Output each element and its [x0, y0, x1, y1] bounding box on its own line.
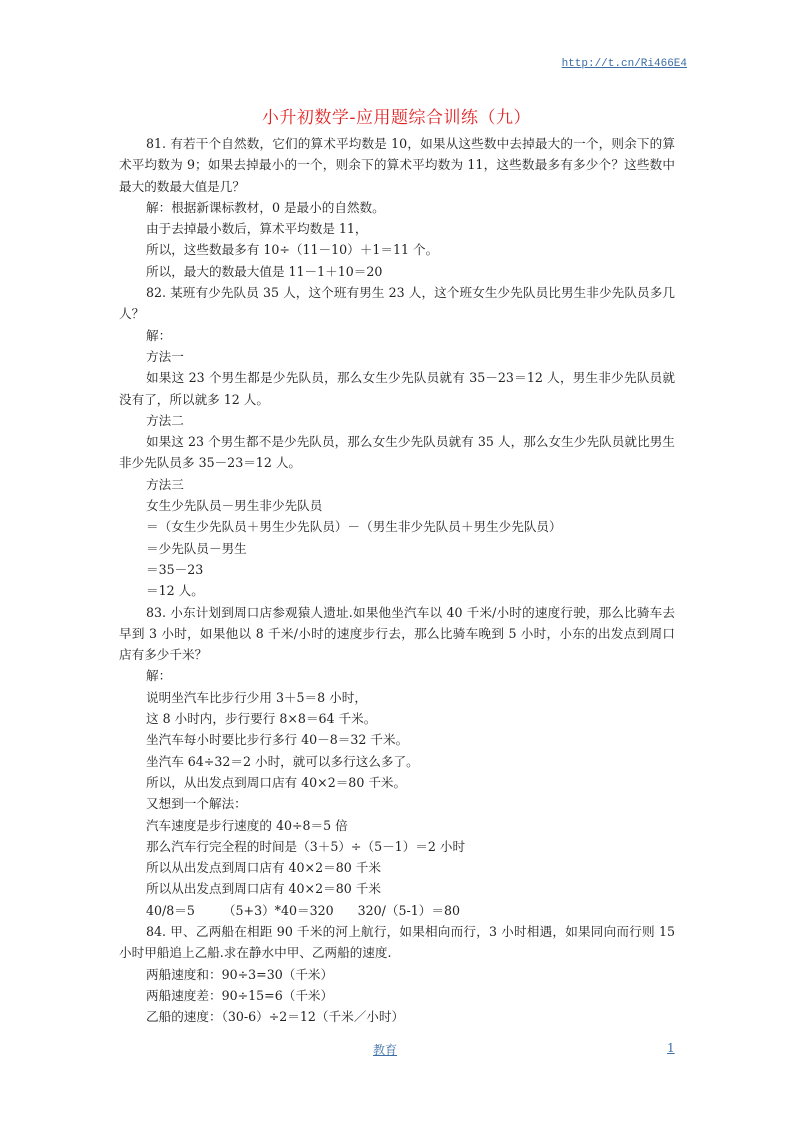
- problem-81-line: 所以，最大的数最大值是 11－1＋10＝20: [119, 261, 675, 282]
- problem-82-method1-text: 如果这 23 个男生都是少先队员，那么女生少先队员就有 35－23＝12 人，男…: [119, 367, 675, 410]
- page-title: 小升初数学-应用题综合训练（九）: [0, 103, 793, 128]
- problem-82-solution-label: 解：: [119, 325, 675, 346]
- problem-83-line: 所以从出发点到周口店有 40×2＝80 千米: [119, 857, 675, 878]
- problem-83-question: 83. 小东计划到周口店参观猿人遗址.如果他坐汽车以 40 千米/小时的速度行驶…: [119, 602, 675, 666]
- problem-83-calc-line: 40/8＝5 （5+3）*40＝320 320/（5-1）＝80: [119, 900, 675, 921]
- problem-84-line: 乙船的速度：（30-6）÷2＝12（千米／小时）: [119, 1006, 675, 1027]
- problem-83-line: 所以，从出发点到周口店有 40×2＝80 千米。: [119, 772, 675, 793]
- problem-82-method3-label: 方法三: [119, 474, 675, 495]
- problem-82-method3-line: ＝12 人。: [119, 580, 675, 601]
- problem-82-method3-line: ＝（女生少先队员＋男生少先队员）－（男生非少先队员＋男生少先队员）: [119, 516, 675, 537]
- problem-83-solution-label: 解：: [119, 665, 675, 686]
- problem-82-method2-label: 方法二: [119, 410, 675, 431]
- problem-81-line: 所以，这些数最多有 10÷（11－10）＋1＝11 个。: [119, 239, 675, 260]
- problem-82-method1-label: 方法一: [119, 346, 675, 367]
- problem-81-question: 81. 有若干个自然数，它们的算术平均数是 10，如果从这些数中去掉最大的一个，…: [119, 133, 675, 197]
- problem-83-line: 又想到一个解法：: [119, 793, 675, 814]
- header-link[interactable]: http://t.cn/Ri466E4: [562, 58, 687, 70]
- problem-82-question: 82. 某班有少先队员 35 人，这个班有男生 23 人，这个班女生少先队员比男…: [119, 282, 675, 325]
- problem-83-line: 这 8 小时内，步行要行 8×8＝64 千米。: [119, 708, 675, 729]
- problem-82-method3-line: 女生少先队员－男生非少先队员: [119, 495, 675, 516]
- footer-link[interactable]: 教育: [373, 1041, 397, 1058]
- problem-83-line: 所以从出发点到周口店有 40×2＝80 千米: [119, 878, 675, 899]
- problem-82-method3-line: ＝35－23: [119, 559, 675, 580]
- problem-84-line: 两船速度和：90÷3=30（千米）: [119, 964, 675, 985]
- problem-84-line: 两船速度差：90÷15=6（千米）: [119, 985, 675, 1006]
- problem-81-line: 解：根据新课标教材，0 是最小的自然数。: [119, 197, 675, 218]
- problem-83-line: 那么汽车行完全程的时间是（3＋5）÷（5－1）＝2 小时: [119, 836, 675, 857]
- problem-82-method3-line: ＝少先队员－男生: [119, 538, 675, 559]
- page-number[interactable]: 1: [667, 1041, 675, 1055]
- problem-83-line: 坐汽车 64÷32＝2 小时，就可以多行这么多了。: [119, 751, 675, 772]
- problem-83-line: 说明坐汽车比步行少用 3＋5＝8 小时，: [119, 687, 675, 708]
- document-body: 81. 有若干个自然数，它们的算术平均数是 10，如果从这些数中去掉最大的一个，…: [119, 133, 675, 1027]
- problem-84-question: 84. 甲、乙两船在相距 90 千米的河上航行，如果相向而行，3 小时相遇，如果…: [119, 921, 675, 964]
- problem-83-line: 汽车速度是步行速度的 40÷8＝5 倍: [119, 815, 675, 836]
- problem-81-line: 由于去掉最小数后，算术平均数是 11，: [119, 218, 675, 239]
- problem-82-method2-text: 如果这 23 个男生都不是少先队员，那么女生少先队员就有 35 人，那么女生少先…: [119, 431, 675, 474]
- problem-83-line: 坐汽车每小时要比步行多行 40－8＝32 千米。: [119, 729, 675, 750]
